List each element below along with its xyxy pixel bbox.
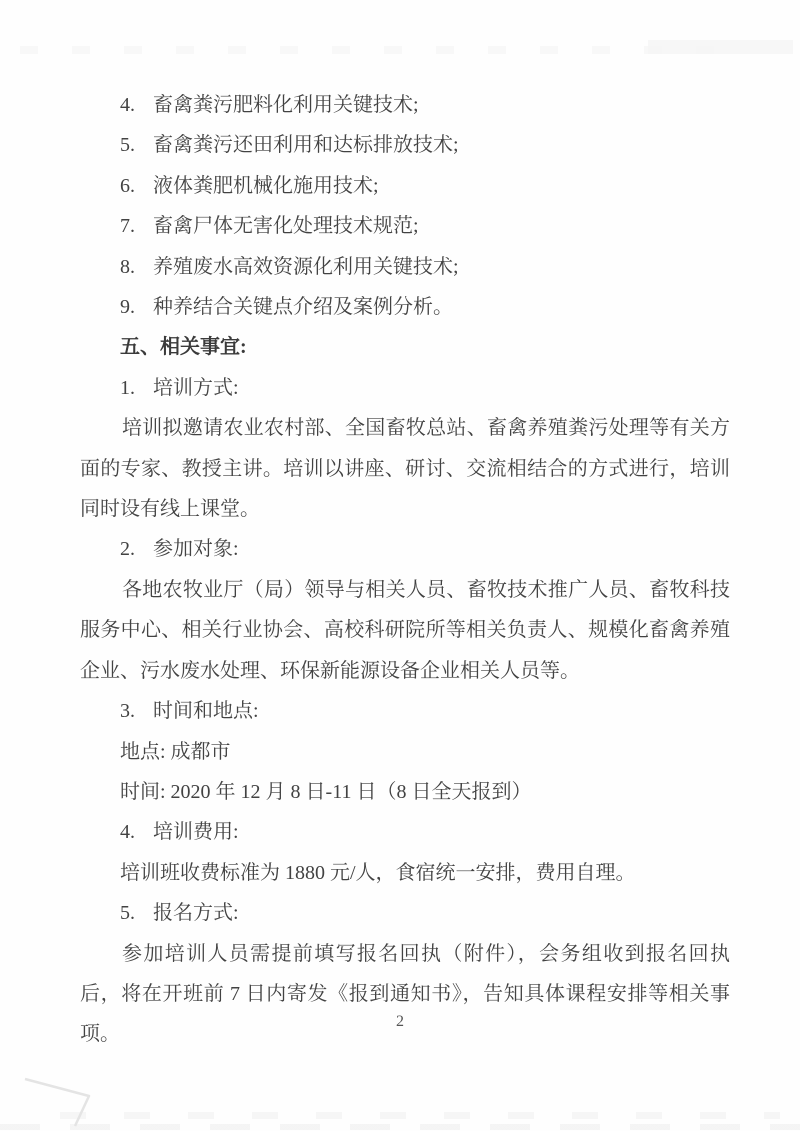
paragraph-registration: 参加培训人员需提前填写报名回执（附件），会务组收到报名回执后，将在开班前 7 日… <box>80 934 730 1055</box>
section-heading: 五、相关事宜: <box>80 327 730 367</box>
list-item-number: 7. <box>120 206 153 246</box>
list-item-number: 8. <box>120 247 153 287</box>
sub-item-label-2: 2.参加对象: <box>80 529 730 569</box>
list-item-text: 畜禽尸体无害化处理技术规范; <box>153 215 419 237</box>
scan-artifact-corner-chevron <box>20 1074 110 1131</box>
sub-item-title: 培训费用: <box>153 821 239 843</box>
list-item-number: 9. <box>120 287 153 327</box>
list-item: 8.养殖废水高效资源化利用关键技术; <box>80 247 730 287</box>
sub-item-title: 培训方式: <box>153 377 239 399</box>
list-item: 7.畜禽尸体无害化处理技术规范; <box>80 206 730 246</box>
scan-smudge-top-right <box>648 40 793 54</box>
list-item-text: 畜禽粪污肥料化利用关键技术; <box>153 94 419 116</box>
list-item: 5.畜禽粪污还田利用和达标排放技术; <box>80 125 730 165</box>
list-item: 6.液体粪肥机械化施用技术; <box>80 166 730 206</box>
document-body: 4.畜禽粪污肥料化利用关键技术; 5.畜禽粪污还田利用和达标排放技术; 6.液体… <box>80 85 730 1055</box>
paragraph-training-method: 培训拟邀请农业农村部、全国畜牧总站、畜禽养殖粪污处理等有关方面的专家、教授主讲。… <box>80 408 730 529</box>
list-item-number: 4. <box>120 85 153 125</box>
scan-smudge-bottom <box>60 1112 780 1119</box>
scan-smudge-top <box>20 46 720 54</box>
list-item: 4.畜禽粪污肥料化利用关键技术; <box>80 85 730 125</box>
list-item-text: 畜禽粪污还田利用和达标排放技术; <box>153 134 459 156</box>
list-item-number: 5. <box>120 125 153 165</box>
sub-item-label-1: 1.培训方式: <box>80 368 730 408</box>
list-item-text: 养殖废水高效资源化利用关键技术; <box>153 256 459 278</box>
list-item-text: 液体粪肥机械化施用技术; <box>153 175 379 197</box>
time-line: 时间: 2020 年 12 月 8 日-11 日（8 日全天报到） <box>80 772 730 812</box>
scan-smudge-bottom-edge <box>0 1124 800 1130</box>
sub-item-number: 4. <box>120 812 153 852</box>
sub-item-title: 参加对象: <box>153 538 239 560</box>
sub-item-number: 2. <box>120 529 153 569</box>
fee-line: 培训班收费标准为 1880 元/人，食宿统一安排，费用自理。 <box>80 853 730 893</box>
sub-item-title: 时间和地点: <box>153 700 259 722</box>
sub-item-label-3: 3.时间和地点: <box>80 691 730 731</box>
sub-item-label-5: 5.报名方式: <box>80 893 730 933</box>
paragraph-participants: 各地农牧业厅（局）领导与相关人员、畜牧技术推广人员、畜牧科技服务中心、相关行业协… <box>80 570 730 691</box>
sub-item-label-4: 4.培训费用: <box>80 812 730 852</box>
sub-item-number: 1. <box>120 368 153 408</box>
sub-item-number: 3. <box>120 691 153 731</box>
sub-item-title: 报名方式: <box>153 902 239 924</box>
list-item-text: 种养结合关键点介绍及案例分析。 <box>153 296 453 318</box>
list-item-number: 6. <box>120 166 153 206</box>
location-line: 地点: 成都市 <box>80 732 730 772</box>
page-number: 2 <box>0 1008 800 1036</box>
sub-item-number: 5. <box>120 893 153 933</box>
list-item: 9.种养结合关键点介绍及案例分析。 <box>80 287 730 327</box>
document-page: 4.畜禽粪污肥料化利用关键技术; 5.畜禽粪污还田利用和达标排放技术; 6.液体… <box>0 0 800 1131</box>
